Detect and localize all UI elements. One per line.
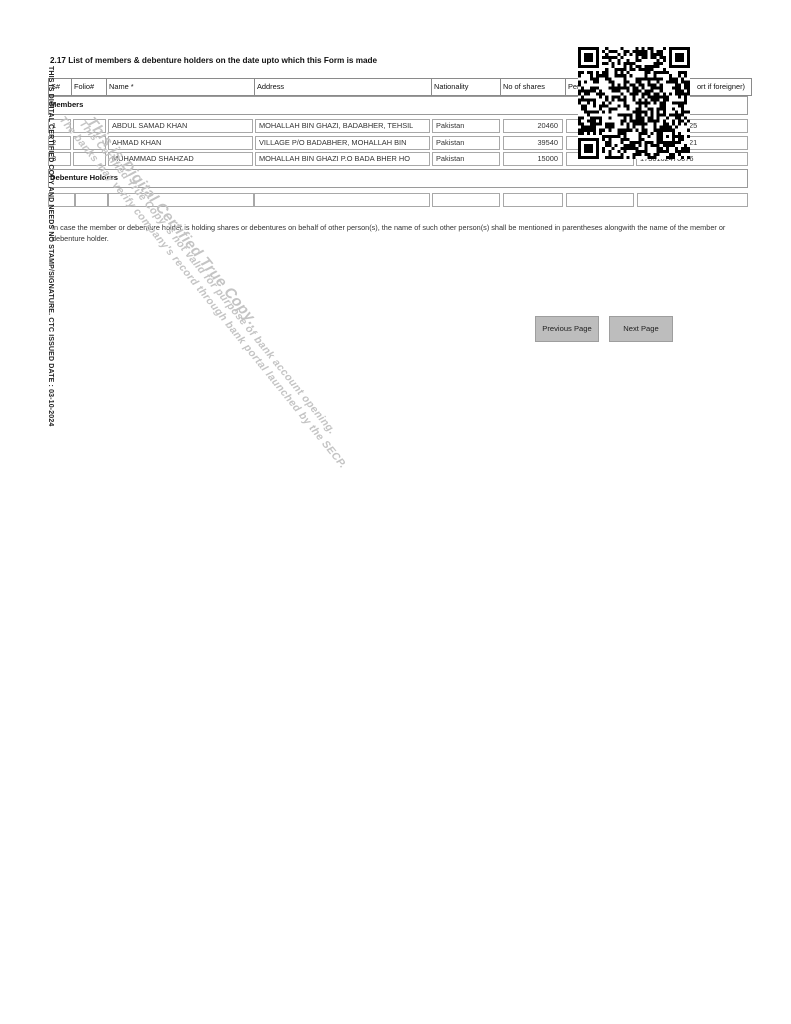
shares-field[interactable]: 39540 xyxy=(503,136,563,150)
previous-page-button[interactable]: Previous Page xyxy=(535,316,599,342)
percentage-field[interactable] xyxy=(566,193,634,207)
shares-field[interactable] xyxy=(503,193,563,207)
folio-field[interactable] xyxy=(75,193,108,207)
name-field[interactable]: AHMAD KHAN xyxy=(108,136,253,150)
certification-side-text: THIS IS DIGITAL CERTIFIED COPY AND NEEDS… xyxy=(45,66,55,460)
address-field[interactable]: MOHALLAH BIN GHAZI, BADABHER, TEHSIL xyxy=(255,119,430,133)
address-field[interactable] xyxy=(254,193,430,207)
header-nationality: Nationality xyxy=(432,79,501,95)
name-field[interactable]: ABDUL SAMAD KHAN xyxy=(108,119,253,133)
nationality-field[interactable]: Pakistan xyxy=(432,136,500,150)
header-shares: No of shares xyxy=(501,79,566,95)
section-title: 2.17 List of members & debenture holders… xyxy=(50,56,377,65)
address-field[interactable]: VILLAGE P/O BADABHER, MOHALLAH BIN xyxy=(255,136,430,150)
header-folio: Folio# xyxy=(72,79,107,95)
watermark-line-3: The banks may verify company's record th… xyxy=(57,114,349,471)
nationality-field[interactable] xyxy=(432,193,500,207)
nationality-field[interactable]: Pakistan xyxy=(432,152,500,166)
address-field[interactable]: MOHALLAH BIN GHAZI P.O BADA BHER HO xyxy=(255,152,430,166)
shares-field[interactable]: 15000 xyxy=(503,152,563,166)
qr-code-icon xyxy=(578,47,690,159)
header-name: Name * xyxy=(107,79,255,95)
nationality-field[interactable]: Pakistan xyxy=(432,119,500,133)
next-page-button[interactable]: Next Page xyxy=(609,316,673,342)
shares-field[interactable]: 20460 xyxy=(503,119,563,133)
header-address: Address xyxy=(255,79,432,95)
cnic-field[interactable] xyxy=(637,193,748,207)
